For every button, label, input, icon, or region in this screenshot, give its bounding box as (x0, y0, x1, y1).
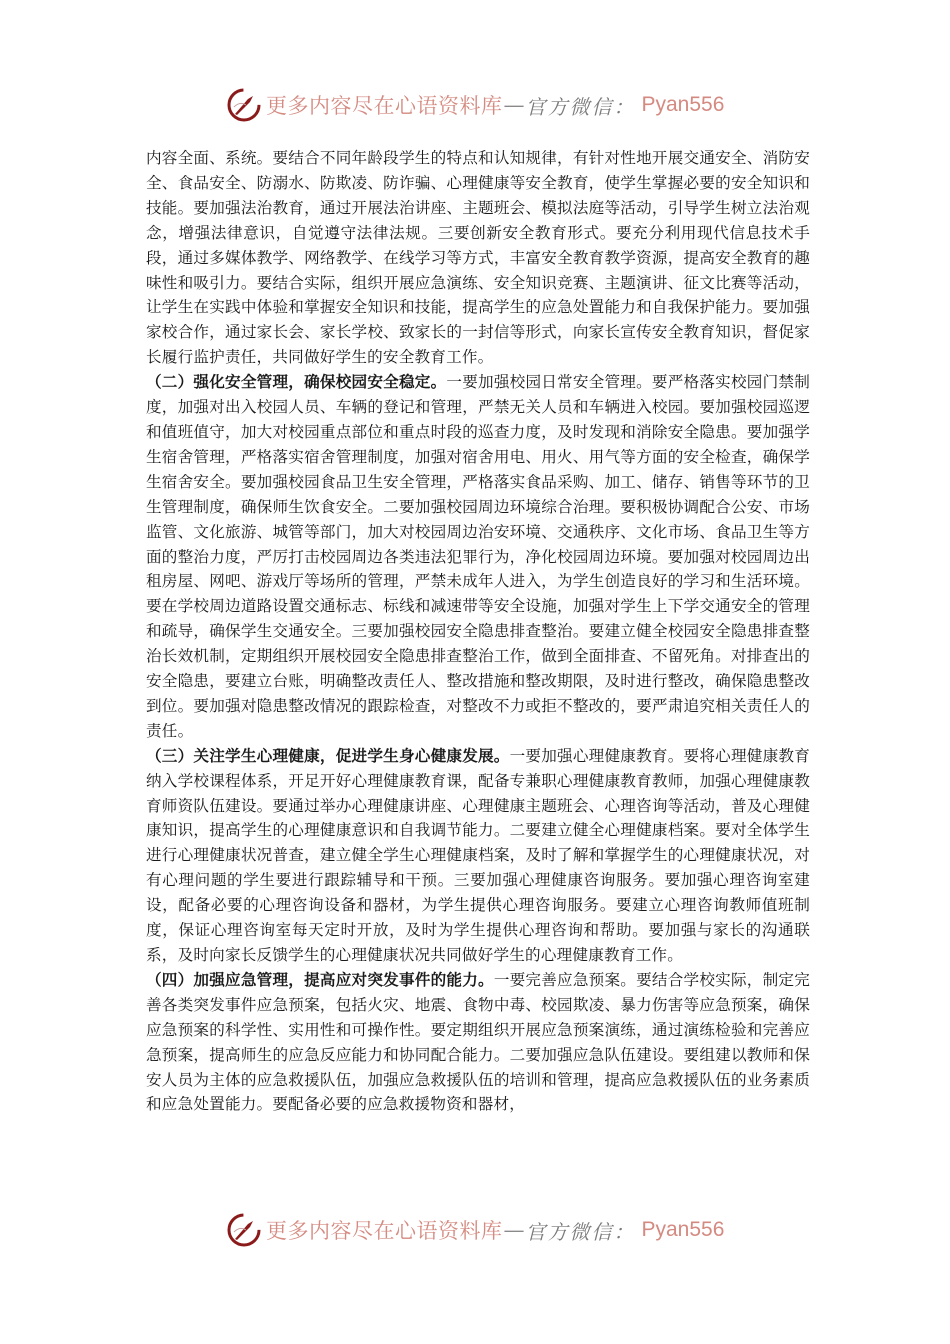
paragraph-text: 内容全面、系统。要结合不同年龄段学生的特点和认知规律，有针对性地开展交通安全、消… (146, 149, 810, 366)
paragraph-lead: （三）关注学生心理健康，促进学生身心健康发展。 (146, 747, 510, 765)
banner-wechat-label: 官方微信： (526, 1216, 636, 1245)
document-body: 内容全面、系统。要结合不同年龄段学生的特点和认知规律，有针对性地开展交通安全、消… (146, 146, 810, 1117)
banner-main-text: 更多内容尽在心语资料库 (266, 1215, 503, 1245)
paragraph-text: 一要加强校园日常安全管理。要严格落实校园门禁制度，加强对出入校园人员、车辆的登记… (146, 373, 810, 740)
paragraph-emergency-management: （四）加强应急管理，提高应对突发事件的能力。一要完善应急预案。要结合学校实际，制… (146, 968, 810, 1117)
banner-wechat-id: Pyan556 (642, 1218, 725, 1242)
quill-pen-logo-icon (226, 87, 262, 123)
quill-pen-logo-icon (226, 1212, 262, 1248)
banner-dash: — (504, 93, 525, 117)
paragraph-safety-management: （二）强化安全管理，确保校园安全稳定。一要加强校园日常安全管理。要严格落实校园门… (146, 370, 810, 744)
paragraph-mental-health: （三）关注学生心理健康，促进学生身心健康发展。一要加强心理健康教育。要将心理健康… (146, 744, 810, 968)
paragraph-continuation: 内容全面、系统。要结合不同年龄段学生的特点和认知规律，有针对性地开展交通安全、消… (146, 146, 810, 370)
paragraph-lead: （二）强化安全管理，确保校园安全稳定。 (146, 373, 446, 391)
paragraph-text: 一要完善应急预案。要结合学校实际，制定完善各类突发事件应急预案，包括火灾、地震、… (146, 971, 810, 1114)
paragraph-lead: （四）加强应急管理，提高应对突发事件的能力。 (146, 971, 494, 989)
banner-main-text: 更多内容尽在心语资料库 (266, 90, 503, 120)
footer-watermark-banner: 更多内容尽在心语资料库 — 官方微信： Pyan556 (226, 1210, 724, 1250)
paragraph-text: 一要加强心理健康教育。要将心理健康教育纳入学校课程体系，开足开好心理健康教育课，… (146, 747, 810, 964)
header-watermark-banner: 更多内容尽在心语资料库 — 官方微信： Pyan556 (226, 85, 724, 125)
banner-wechat-label: 官方微信： (526, 91, 636, 120)
banner-wechat-id: Pyan556 (642, 93, 725, 117)
banner-dash: — (504, 1218, 525, 1242)
